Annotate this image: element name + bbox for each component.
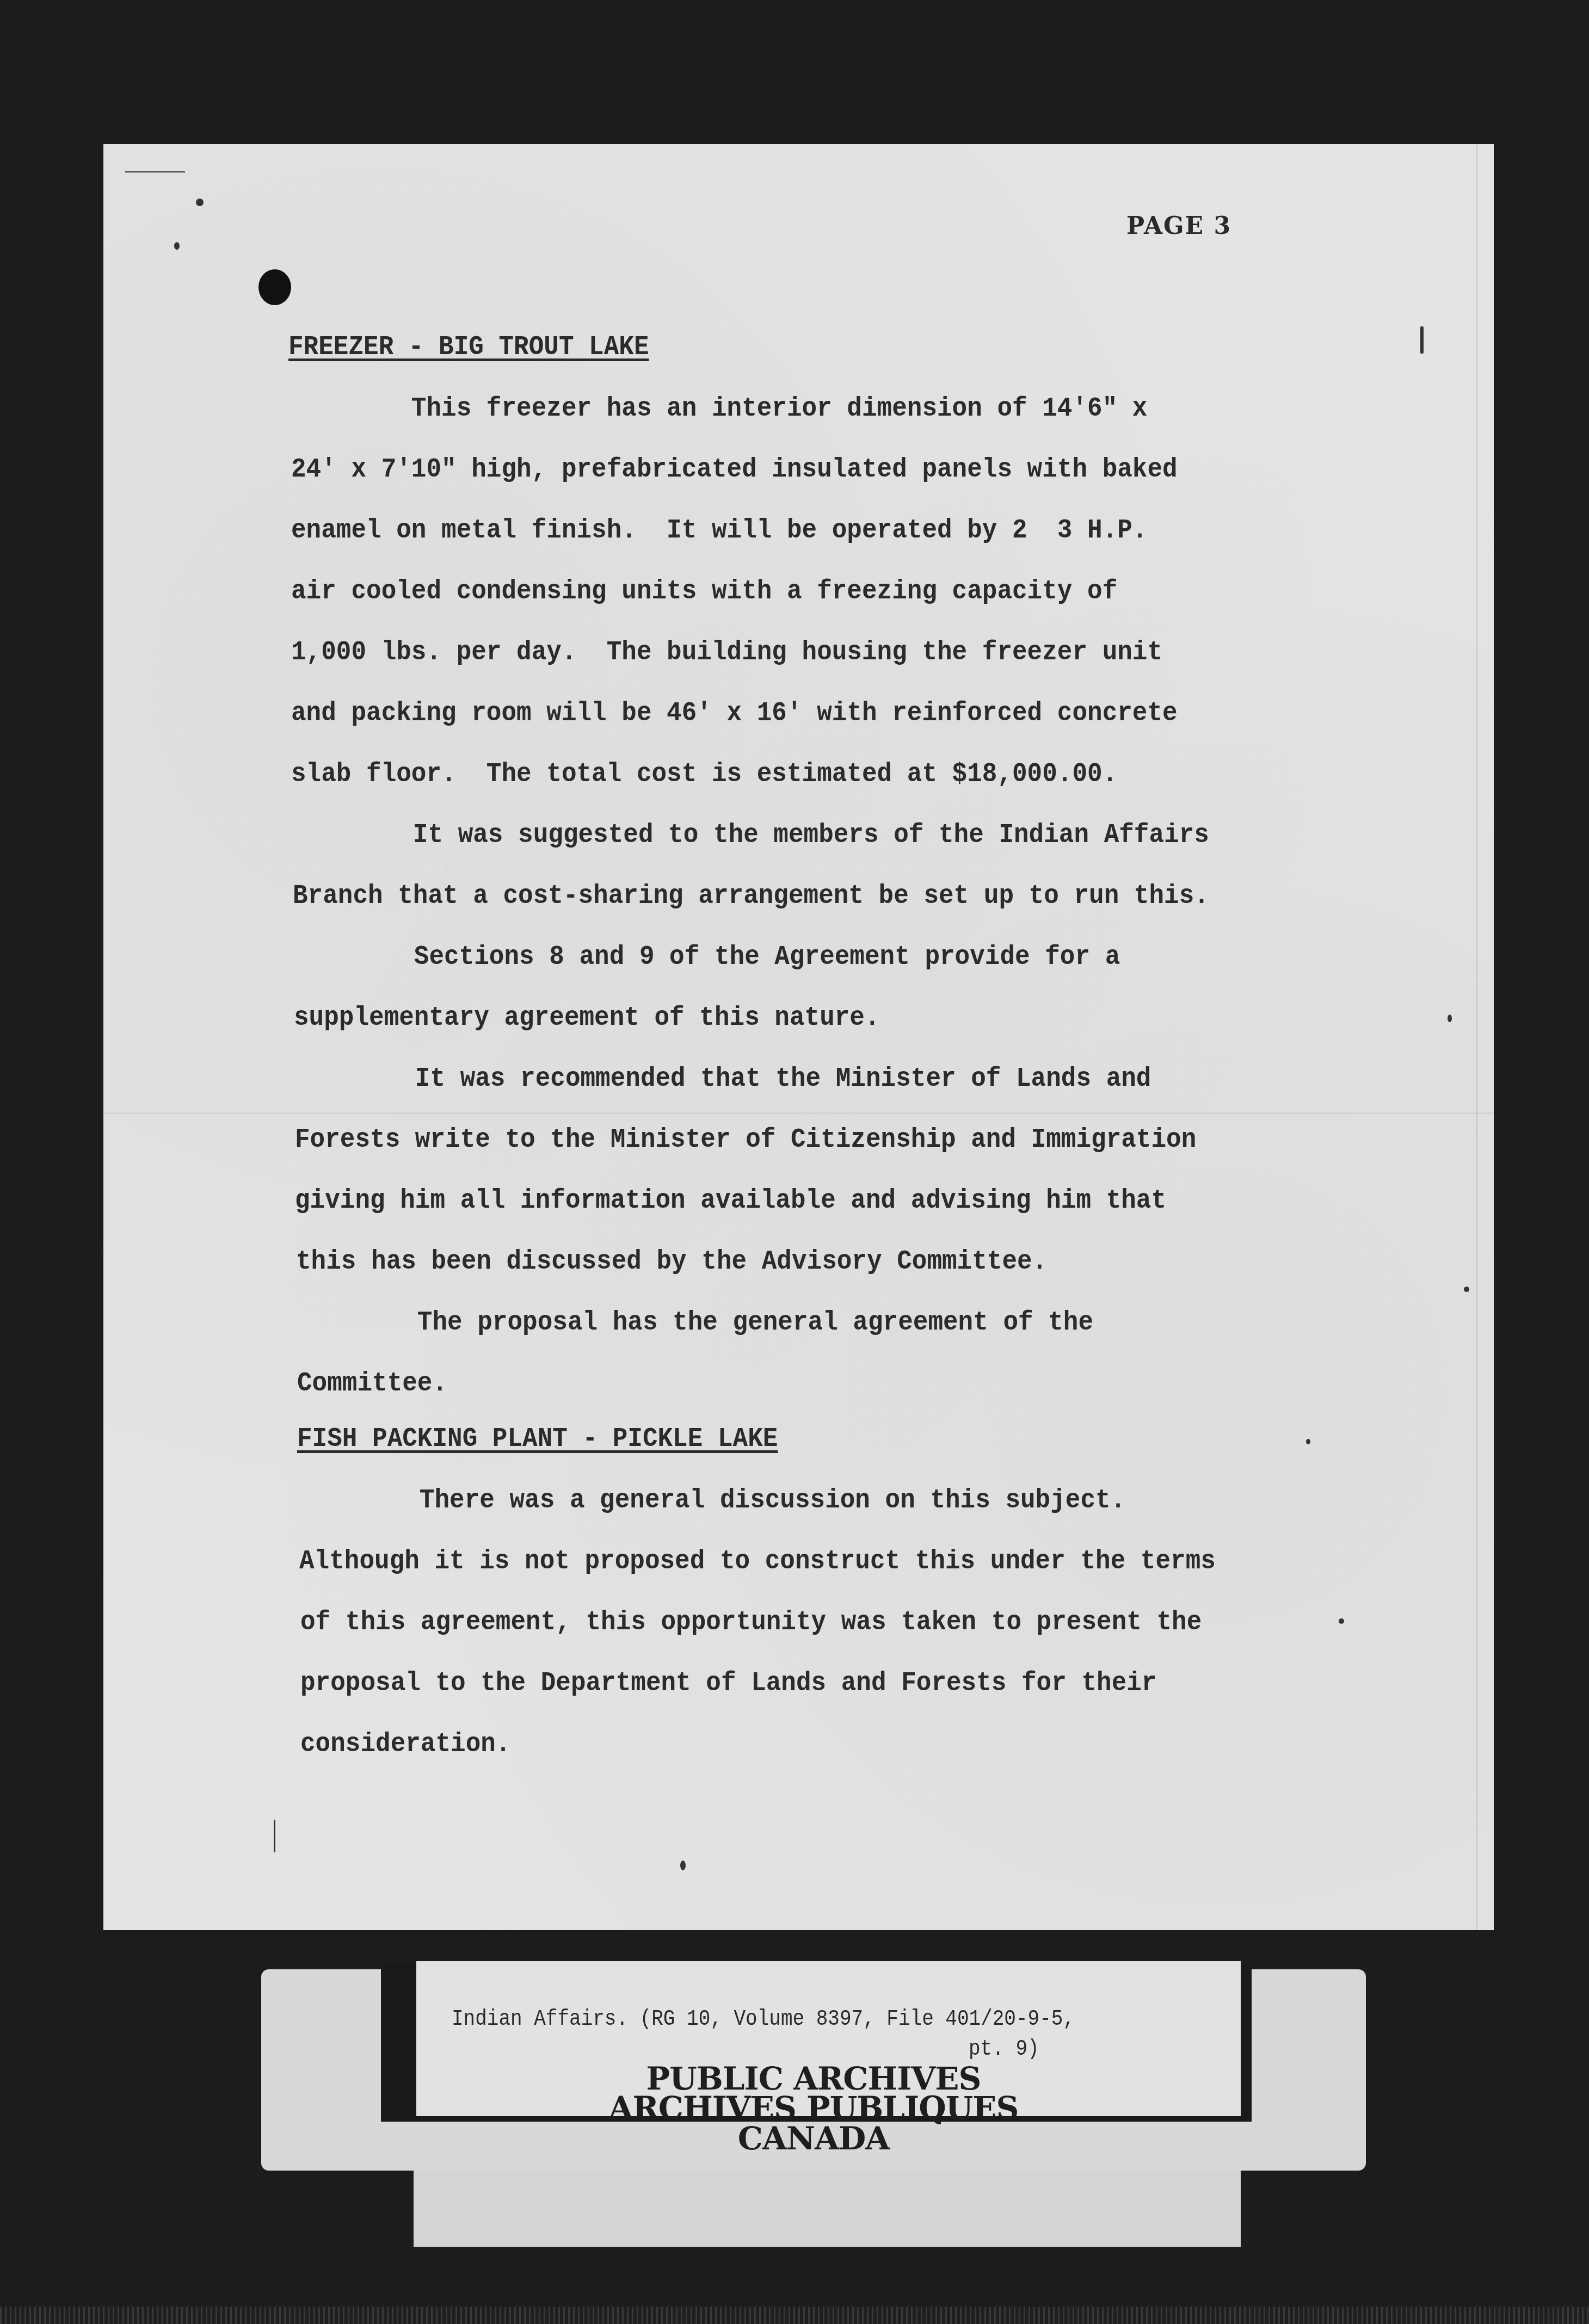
text-line: Forests write to the Minister of Citizen…: [295, 1124, 1196, 1155]
text-line: enamel on metal finish. It will be opera…: [291, 515, 1147, 546]
ink-speck: [680, 1861, 686, 1870]
text-line: Branch that a cost-sharing arrangement b…: [293, 881, 1209, 912]
text-line: The proposal has the general agreement o…: [297, 1307, 1093, 1338]
text-line: Committee.: [297, 1368, 447, 1399]
label-bottom-strip: [414, 2171, 1241, 2247]
ink-speck: [1306, 1439, 1310, 1444]
fold-line: [103, 1112, 1494, 1114]
text-line: of this agreement, this opportunity was …: [300, 1607, 1202, 1638]
ink-speck: [1448, 1015, 1452, 1022]
archive-stamp-line-2: ARCHIVES PUBLIQUES: [261, 2092, 1366, 2124]
text-line: proposal to the Department of Lands and …: [300, 1668, 1156, 1699]
text-line: and packing room will be 46' x 16' with …: [291, 698, 1178, 729]
text-line: supplementary agreement of this nature.: [294, 1003, 880, 1034]
text-line: 24' x 7'10" high, prefabricated insulate…: [291, 454, 1178, 485]
text-line: 1,000 lbs. per day. The building housing…: [291, 637, 1162, 668]
text-line: air cooled condensing units with a freez…: [291, 576, 1117, 607]
archive-stamp-line-3: CANADA: [261, 2123, 1366, 2154]
text-line: this has been discussed by the Advisory …: [296, 1246, 1047, 1277]
punch-hole-icon: [258, 269, 291, 305]
text-line: slab floor. The total cost is estimated …: [291, 759, 1117, 790]
text-line: consideration.: [300, 1729, 510, 1760]
text-line: This freezer has an interior dimension o…: [291, 393, 1147, 424]
text-line: Sections 8 and 9 of the Agreement provid…: [294, 942, 1120, 973]
film-edge-marks: [0, 2307, 1589, 2324]
page-number: PAGE 3: [1126, 212, 1231, 240]
ink-speck: [174, 242, 180, 250]
archive-reference-line-1: Indian Affairs. (RG 10, Volume 8397, Fil…: [452, 2007, 1075, 2032]
text-line: giving him all information available and…: [295, 1185, 1166, 1216]
text-line: It was suggested to the members of the I…: [293, 820, 1209, 851]
section-heading-fish-packing: FISH PACKING PLANT - PICKLE LAKE: [297, 1424, 778, 1455]
archive-reference-line-2: pt. 9): [969, 2037, 1039, 2062]
section-heading-freezer: FREEZER - BIG TROUT LAKE: [288, 332, 649, 363]
microfilm-frame: PAGE 3 FREEZER - BIG TROUT LAKE This fre…: [0, 0, 1589, 2324]
ink-speck: [1339, 1618, 1344, 1624]
ink-speck: [1464, 1287, 1469, 1292]
ink-speck: [1420, 326, 1424, 354]
document-page: PAGE 3 FREEZER - BIG TROUT LAKE This fre…: [103, 144, 1494, 1930]
text-line: It was recommended that the Minister of …: [295, 1064, 1151, 1095]
ink-speck: [125, 171, 185, 172]
text-line: Although it is not proposed to construct…: [299, 1546, 1216, 1577]
text-line: There was a general discussion on this s…: [299, 1485, 1125, 1516]
ink-speck: [196, 199, 204, 206]
ink-speck: [274, 1820, 275, 1852]
page-edge: [1476, 144, 1477, 1930]
